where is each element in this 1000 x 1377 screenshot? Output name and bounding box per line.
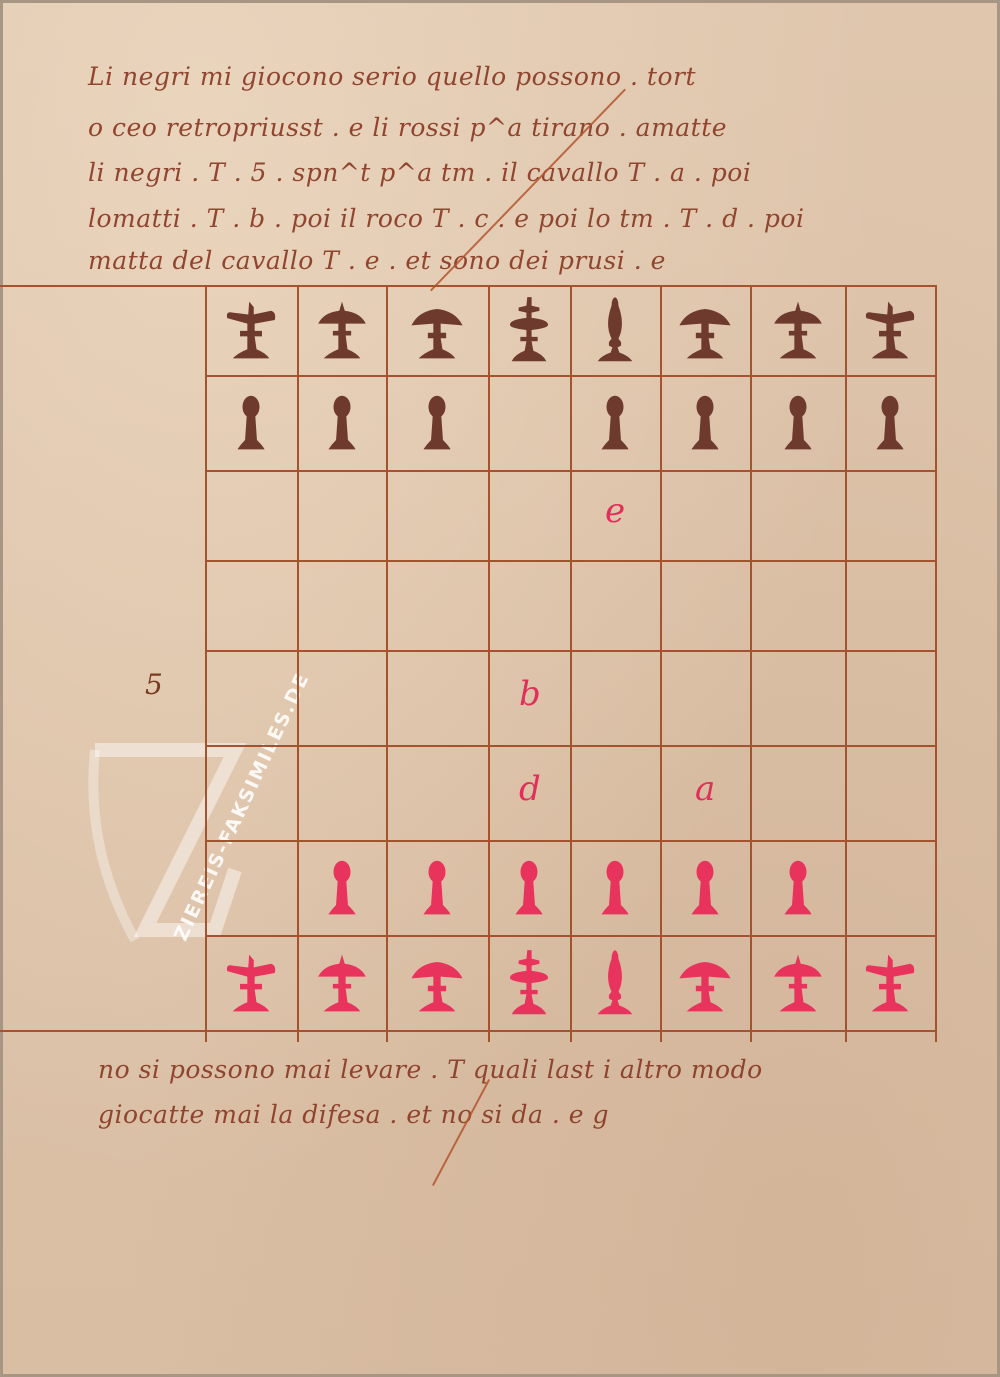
black-pawn-icon — [873, 392, 907, 454]
board-square — [750, 560, 845, 650]
text-top-line-5: matta del cavallo T . e . et sono dei pr… — [88, 246, 666, 275]
board-square — [750, 470, 845, 560]
black-knight-icon — [313, 298, 371, 362]
red-pawn-icon — [688, 857, 722, 919]
square-annotation-d: d — [519, 769, 541, 809]
board-square — [660, 650, 750, 745]
board-square — [750, 745, 845, 840]
board-square — [297, 285, 386, 375]
red-rook-icon — [222, 951, 280, 1015]
board-square — [386, 285, 488, 375]
red-pawn-icon — [598, 857, 632, 919]
text-top-line-1: Li negri mi giocono serio quello possono… — [88, 62, 696, 91]
board-square — [660, 840, 750, 935]
board-square — [845, 840, 935, 935]
board-square — [205, 285, 297, 375]
board-rule-vertical — [935, 285, 937, 1042]
board-square — [297, 650, 386, 745]
board-square — [386, 375, 488, 470]
square-annotation-b: b — [519, 674, 541, 714]
text-bottom-line-2: giocatte mai la difesa . et no si da . e… — [98, 1100, 609, 1129]
board-square — [845, 470, 935, 560]
board-square — [660, 935, 750, 1030]
board-square — [205, 560, 297, 650]
black-knight-icon — [769, 298, 827, 362]
board-square — [750, 650, 845, 745]
board-square — [297, 375, 386, 470]
red-rook-icon — [861, 951, 919, 1015]
red-pawn-icon — [781, 857, 815, 919]
black-pawn-icon — [781, 392, 815, 454]
board-square — [205, 840, 297, 935]
board-square — [845, 745, 935, 840]
text-top-line-3: li negri . T . 5 . spn^t p^a tm . il cav… — [88, 158, 751, 187]
black-king-icon — [503, 293, 555, 367]
strike-stroke-bottom — [432, 1079, 490, 1186]
black-pawn-icon — [688, 392, 722, 454]
board-square — [570, 840, 660, 935]
board-square — [386, 745, 488, 840]
red-king-icon — [503, 946, 555, 1020]
board-square — [297, 745, 386, 840]
board-square — [750, 285, 845, 375]
board-square — [845, 560, 935, 650]
manuscript-page: Li negri mi giocono serio quello possono… — [0, 0, 1000, 1377]
red-pawn-icon — [420, 857, 454, 919]
text-top-line-2: o ceo retropriusst . e li rossi p^a tira… — [88, 113, 727, 142]
board-square — [205, 935, 297, 1030]
board-square — [488, 840, 570, 935]
black-pawn-icon — [598, 392, 632, 454]
board-square — [386, 935, 488, 1030]
board-square — [845, 285, 935, 375]
red-knight-icon — [769, 951, 827, 1015]
board-square — [297, 560, 386, 650]
board-square — [205, 650, 297, 745]
board-square — [845, 935, 935, 1030]
board-square — [570, 285, 660, 375]
red-bishop-icon — [676, 951, 734, 1015]
board-square — [386, 650, 488, 745]
black-pawn-icon — [325, 392, 359, 454]
board-square — [570, 745, 660, 840]
red-bishop-icon — [408, 951, 466, 1015]
board-square — [205, 745, 297, 840]
board-square — [386, 470, 488, 560]
board-square — [570, 935, 660, 1030]
board-square — [386, 560, 488, 650]
black-queen-icon — [589, 293, 641, 367]
board-square — [845, 375, 935, 470]
board-square — [205, 375, 297, 470]
board-square — [660, 375, 750, 470]
board-square — [570, 560, 660, 650]
red-queen-icon — [589, 946, 641, 1020]
black-pawn-icon — [420, 392, 454, 454]
board-square — [660, 285, 750, 375]
board-square — [297, 470, 386, 560]
margin-number: 5 — [145, 668, 163, 701]
board-rule-horizontal — [0, 1030, 935, 1032]
board-square — [750, 840, 845, 935]
board-square — [488, 285, 570, 375]
board-square — [660, 470, 750, 560]
board-square — [488, 470, 570, 560]
text-top-line-4: lomatti . T . b . poi il roco T . c . e … — [88, 204, 804, 233]
black-rook-icon — [222, 298, 280, 362]
red-pawn-icon — [325, 857, 359, 919]
black-bishop-icon — [676, 298, 734, 362]
board-square — [660, 560, 750, 650]
black-bishop-icon — [408, 298, 466, 362]
board-square — [845, 650, 935, 745]
red-pawn-icon — [512, 857, 546, 919]
text-bottom-line-1: no si possono mai levare . T quali last … — [98, 1055, 763, 1084]
square-annotation-e: e — [605, 491, 625, 531]
board-square — [570, 375, 660, 470]
square-annotation-a: a — [695, 769, 715, 809]
board-square — [488, 935, 570, 1030]
board-square — [570, 650, 660, 745]
board-square — [386, 840, 488, 935]
board-square — [297, 935, 386, 1030]
black-rook-icon — [861, 298, 919, 362]
board-square — [750, 375, 845, 470]
board-square — [205, 470, 297, 560]
red-knight-icon — [313, 951, 371, 1015]
board-square — [488, 375, 570, 470]
board-square — [488, 560, 570, 650]
black-pawn-icon — [234, 392, 268, 454]
board-square — [297, 840, 386, 935]
board-square — [750, 935, 845, 1030]
